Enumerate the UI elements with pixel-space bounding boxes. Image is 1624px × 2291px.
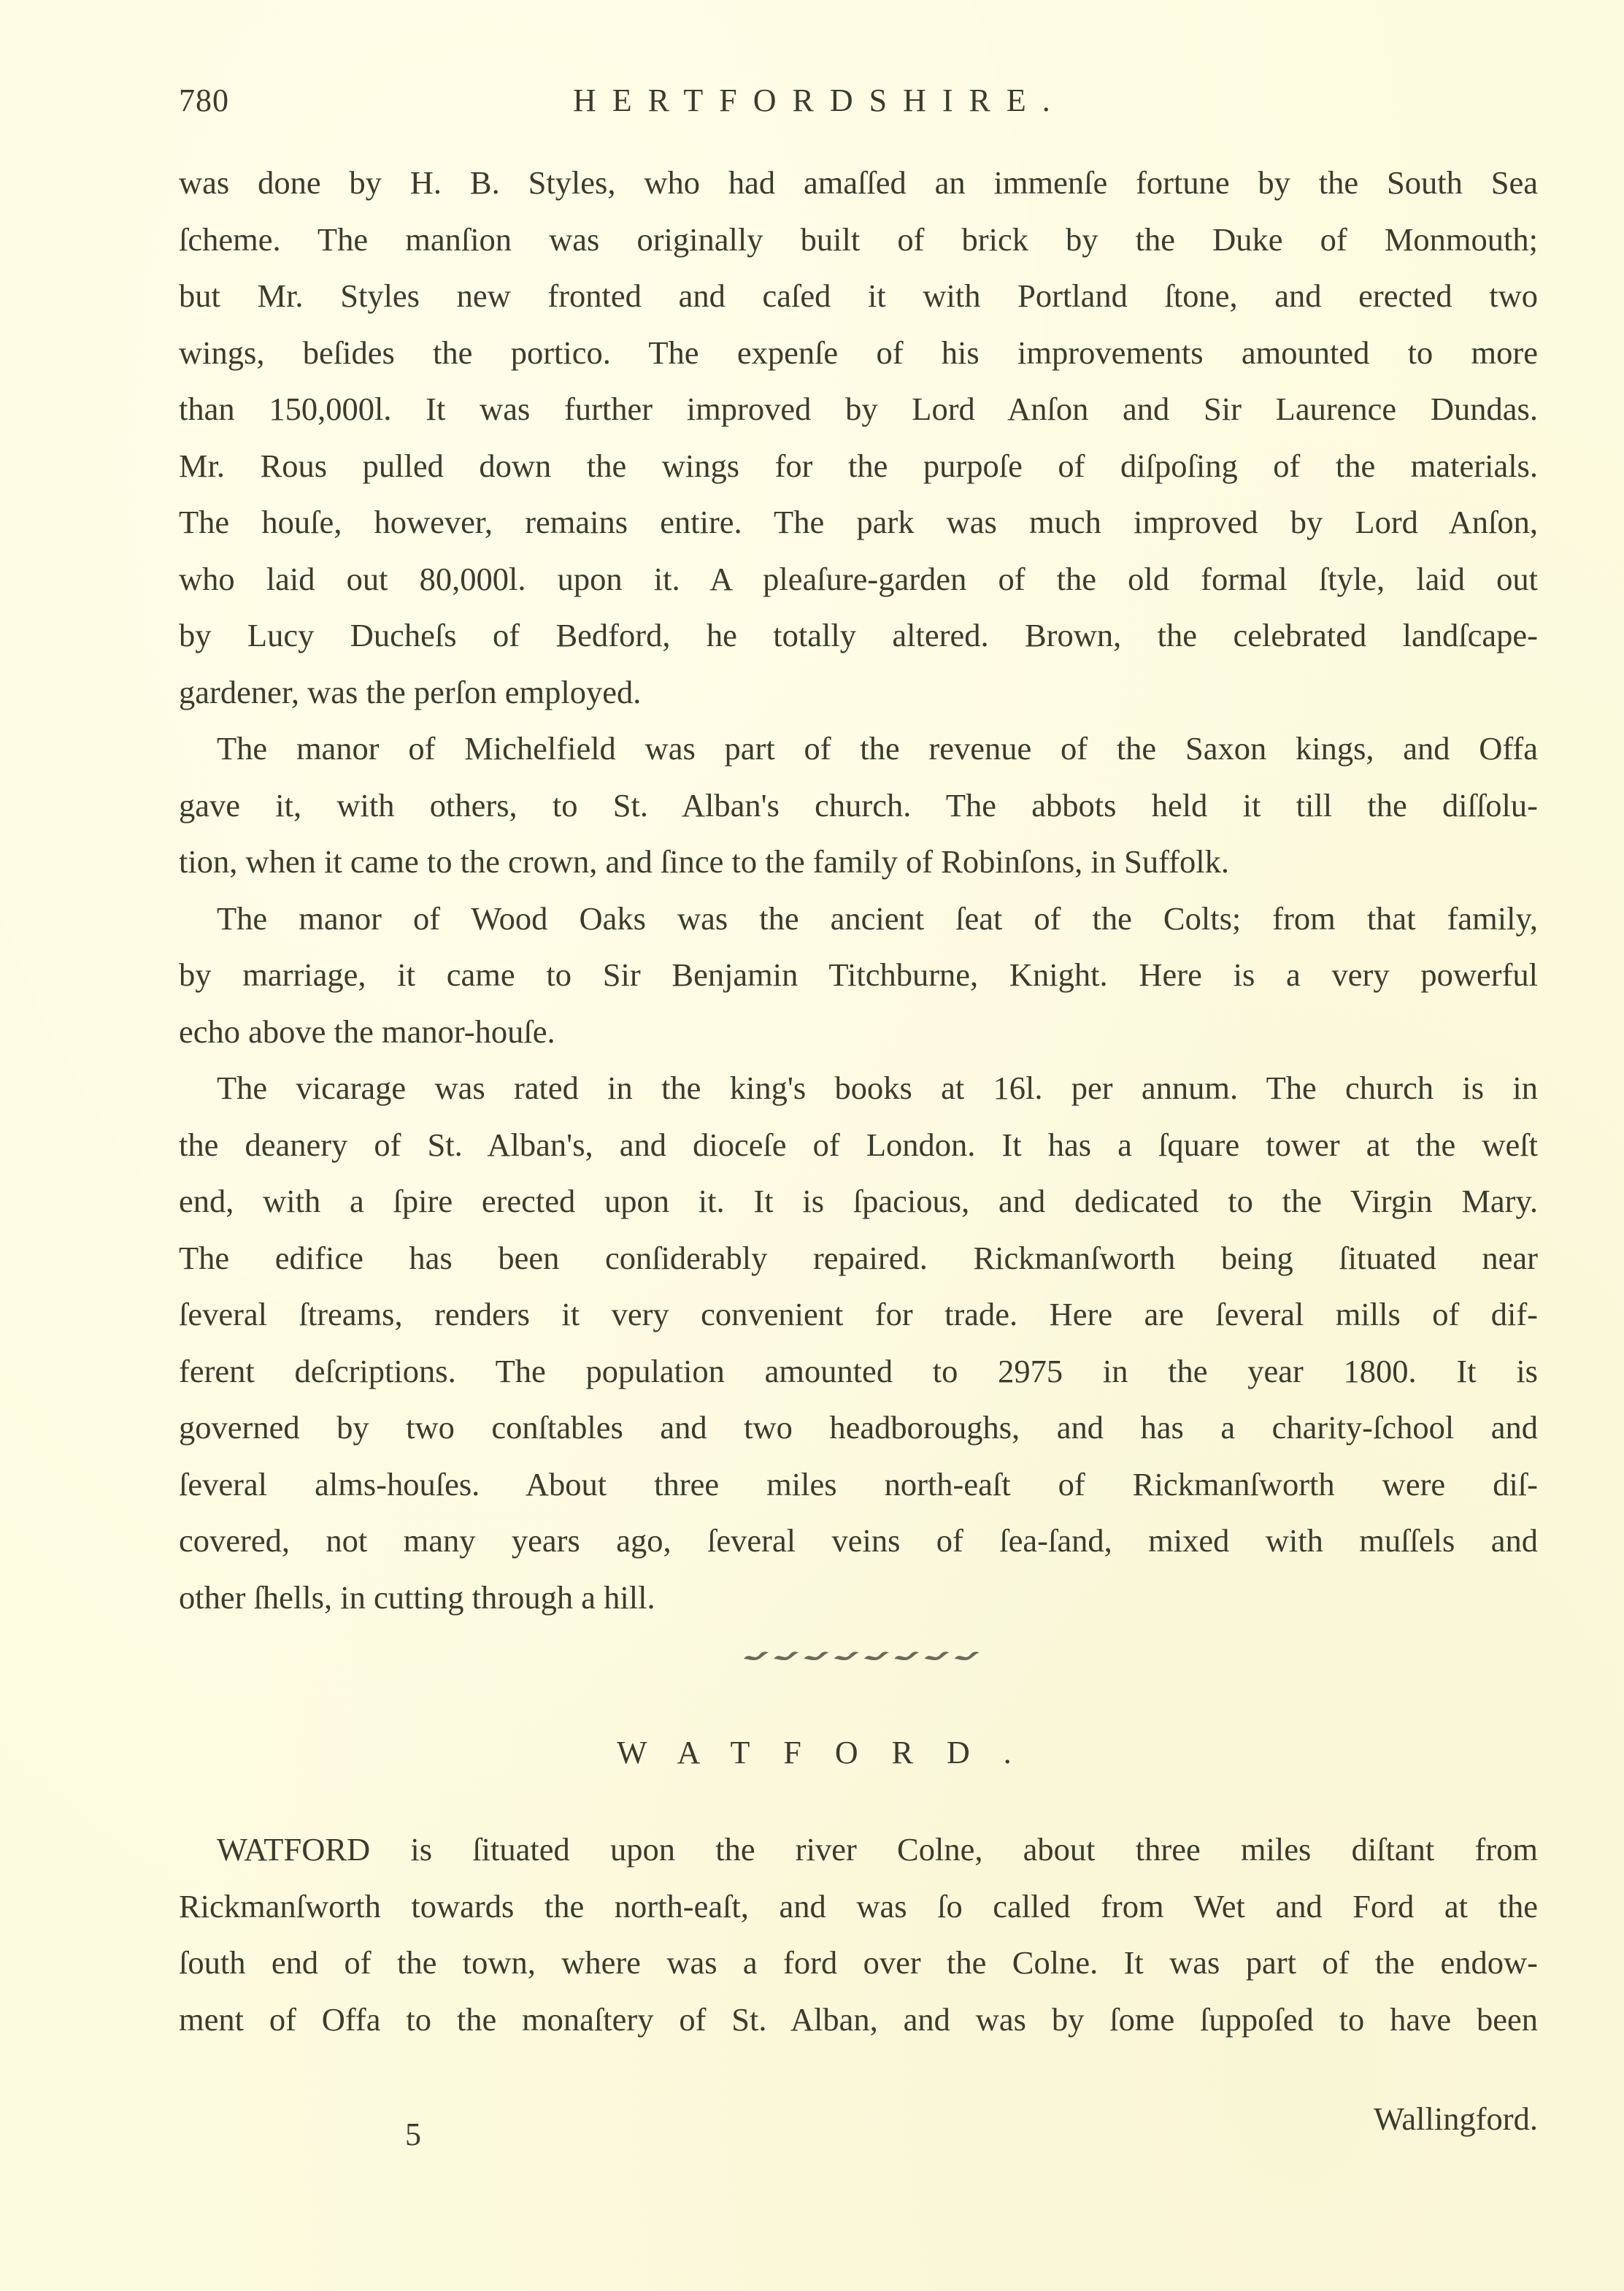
text-line: gave it, with others, to St. Alban's chu… — [179, 778, 1538, 834]
text-line: The houſe, however, remains entire. The … — [179, 494, 1538, 551]
text-line: ſeveral ſtreams, renders it very conveni… — [179, 1286, 1538, 1343]
text-line: was done by H. B. Styles, who had amaſſe… — [179, 155, 1538, 212]
text-line: ſcheme. The manſion was originally built… — [179, 212, 1538, 269]
text-line: end, with a ſpire erected upon it. It is… — [179, 1173, 1538, 1230]
text-line: echo above the manor-houſe. — [179, 1004, 1538, 1061]
wave-scroll-ornament-icon — [741, 1643, 982, 1665]
text-line: The manor of Michelfield was part of the… — [179, 721, 1538, 778]
text-line: who laid out 80,000l. upon it. A pleaſur… — [179, 551, 1538, 608]
text-line: Rickmanſworth towards the north-eaſt, an… — [179, 1879, 1538, 1935]
text-line: the deanery of St. Alban's, and dioceſe … — [179, 1117, 1538, 1174]
running-head: 780 HERTFORDSHIRE. — [179, 82, 1538, 126]
text-line: The edifice has been conſiderably repair… — [179, 1230, 1538, 1287]
text-line: wings, beſides the portico. The expenſe … — [179, 325, 1538, 382]
running-head-title: HERTFORDSHIRE. — [573, 82, 1066, 119]
text-line: governed by two conſtables and two headb… — [179, 1400, 1538, 1457]
body-text: was done by H. B. Styles, who had amaſſe… — [179, 155, 1538, 1626]
text-line: ſeveral alms-houſes. About three miles n… — [179, 1457, 1538, 1513]
text-line: ſouth end of the town, where was a ford … — [179, 1935, 1538, 1992]
text-line: ment of Offa to the monaſtery of St. Alb… — [179, 1992, 1538, 2049]
catchword: Wallingford. — [1374, 2100, 1538, 2138]
text-line: but Mr. Styles new fronted and caſed it … — [179, 268, 1538, 325]
text-line: WATFORD is ſituated upon the river Colne… — [179, 1822, 1538, 1879]
text-line: gardener, was the perſon employed. — [179, 664, 1538, 721]
page-number: 780 — [179, 82, 229, 119]
text-line: by Lucy Ducheſs of Bedford, he totally a… — [179, 607, 1538, 664]
text-line: ferent deſcriptions. The population amou… — [179, 1343, 1538, 1400]
text-line: tion, when it came to the crown, and ſin… — [179, 834, 1538, 891]
text-line: than 150,000l. It was further improved b… — [179, 381, 1538, 438]
signature-mark: 5 — [405, 2116, 421, 2153]
text-line: Mr. Rous pulled down the wings for the p… — [179, 438, 1538, 495]
text-line: covered, not many years ago, ſeveral vei… — [179, 1513, 1538, 1570]
text-line: The manor of Wood Oaks was the ancient ſ… — [179, 891, 1538, 948]
text-line: by marriage, it came to Sir Benjamin Tit… — [179, 947, 1538, 1004]
section-title: WATFORD. — [617, 1734, 1045, 1771]
text-line: The vicarage was rated in the king's boo… — [179, 1060, 1538, 1117]
watford-section-text: WATFORD is ſituated upon the river Colne… — [179, 1822, 1538, 2048]
text-line: other ſhells, in cutting through a hill. — [179, 1570, 1538, 1627]
